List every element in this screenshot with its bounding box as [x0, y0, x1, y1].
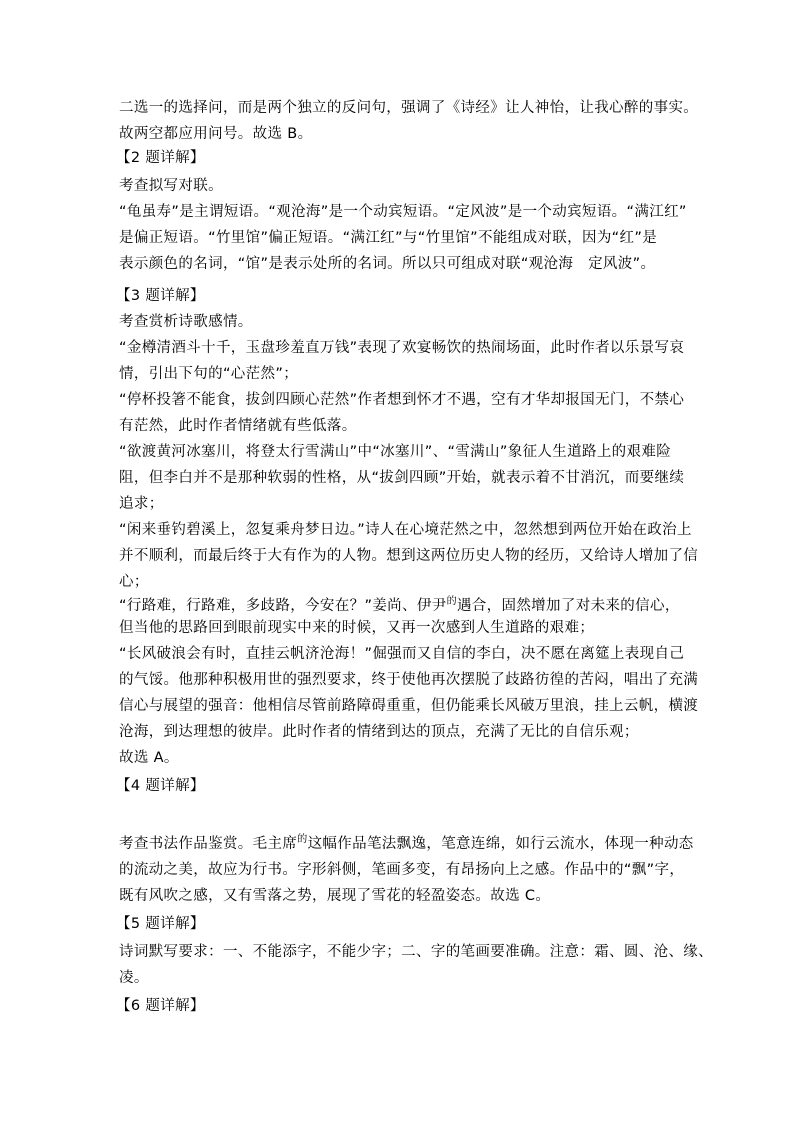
paragraph-line: 的流动之美，故应为行书。字形斜侧，笔画多变，有昂扬向上之感。作品中的“飘”字，: [119, 861, 679, 879]
paragraph-line: 考查拟写对联。: [119, 177, 679, 195]
paragraph-line: 是偏正短语。“竹里馆”偏正短语。“满江红”与“竹里馆”不能组成对联，因为“红”是: [119, 229, 679, 247]
section-heading-q2: 【2 题详解】: [116, 149, 676, 167]
paragraph-line: 沧海，到达理想的彼岸。此时作者的情绪到达的顶点，充满了无比的自信乐观；: [119, 723, 679, 741]
paragraph-line: 情，引出下句的“心茫然”；: [119, 365, 679, 383]
paragraph-line: 的气馁。他那种积极用世的强烈要求，终于使他再次摆脱了歧路彷徨的苦闷，唱出了充满: [119, 671, 679, 689]
paragraph-line: 故两空都应用问号。故选 B。: [119, 125, 679, 143]
paragraph-line: 并不顺利，而最后终于大有作为的人物。想到这两位历史人物的经历，又给诗人增加了信: [119, 547, 679, 565]
text-segment: “行路难，行路难，多歧路，今安在？”姜尚、伊尹: [119, 598, 447, 614]
text-segment: 遇合，固然增加了对未来的信心，: [457, 598, 680, 614]
section-heading-q6: 【6 题详解】: [116, 997, 676, 1015]
paragraph-line: “停杯投箸不能食，拔剑四顾心茫然”作者想到怀才不遇，空有才华却报国无门，不禁心: [119, 391, 679, 409]
paragraph-line: “欲渡黄河冰塞川，将登太行雪满山”中“冰塞川”、“雪满山”象征人生道路上的艰难险: [119, 443, 679, 461]
paragraph-line: 阻，但李白并不是那种软弱的性格，从“拔剑四顾”开始，就表示着不甘消沉，而要继续: [119, 469, 679, 487]
paragraph-line: 信心与展望的强音：他相信尽管前路障碍重重，但仍能乘长风破万里浪，挂上云帆，横渡: [119, 697, 679, 715]
paragraph-line: “金樽清酒斗十千，玉盘珍羞直万钱”表现了欢宴畅饮的热闹场面，此时作者以乐景写哀: [119, 339, 679, 357]
paragraph-line: “闲来垂钓碧溪上，忽复乘舟梦日边。”诗人在心境茫然之中，忽然想到两位开始在政治上: [119, 521, 679, 539]
document-page: 二选一的选择问，而是两个独立的反问句，强调了《诗经》让人神怡，让我心醉的事实。 …: [0, 0, 794, 1123]
section-heading-q5: 【5 题详解】: [116, 915, 676, 933]
section-heading-q3: 【3 题详解】: [116, 287, 676, 305]
paragraph-line-yi-yin: “行路难，行路难，多歧路，今安在？”姜尚、伊尹的遇合，固然增加了对未来的信心，: [119, 597, 679, 617]
paragraph-line-mao: 考查书法作品鉴赏。毛主席的这幅作品笔法飘逸，笔意连绵，如行云流水，体现一种动态: [119, 835, 679, 855]
paragraph-line: “龟虽寿”是主谓短语。“观沧海”是一个动宾短语。“定风波”是一个动宾短语。“满江…: [119, 203, 679, 221]
section-heading-q4: 【4 题详解】: [116, 777, 676, 795]
paragraph-line: “长风破浪会有时，直挂云帆济沧海！”倔强而又自信的李白，决不愿在离筵上表现自己: [119, 645, 679, 663]
paragraph-line: 心；: [119, 573, 679, 591]
text-segment: 考查书法作品鉴赏。毛主席: [119, 836, 297, 852]
paragraph-line: 凌。: [119, 969, 679, 987]
paragraph-line: 有茫然，此时作者情绪就有些低落。: [119, 417, 679, 435]
paragraph-line: 二选一的选择问，而是两个独立的反问句，强调了《诗经》让人神怡，让我心醉的事实。: [119, 99, 679, 117]
paragraph-line: 故选 A。: [119, 749, 679, 767]
paragraph-line: 既有风吹之感，又有雪落之势，展现了雪花的轻盈姿态。故选 C。: [119, 887, 679, 905]
paragraph-line: 表示颜色的名词，“馆”是表示处所的名词。所以只可组成对联“观沧海 定风波”。: [119, 255, 679, 273]
superscript-char: 的: [447, 596, 457, 607]
paragraph-line: 诗词默写要求：一、不能添字，不能少字；二、字的笔画要准确。注意：霜、圆、沧、缘、: [119, 943, 679, 961]
superscript-char: 的: [297, 834, 307, 845]
paragraph-line: 追求；: [119, 495, 679, 513]
text-segment: 这幅作品笔法飘逸，笔意连绵，如行云流水，体现一种动态: [308, 836, 694, 852]
paragraph-line: 考查赏析诗歌感情。: [119, 313, 679, 331]
paragraph-line: 但当他的思路回到眼前现实中来的时候，又再一次感到人生道路的艰难；: [119, 619, 679, 637]
